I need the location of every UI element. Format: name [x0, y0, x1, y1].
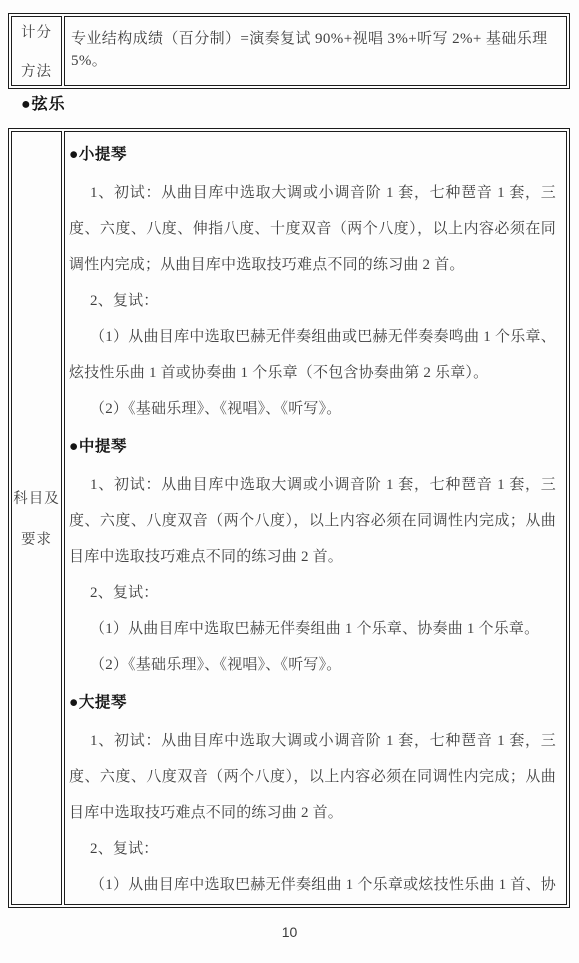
scoring-method-content-cell: 专业结构成绩（百分制）=演奏复试 90%+视唱 3%+听写 2%+ 基础乐理 5…: [64, 16, 567, 86]
requirements-header-line2: 要求: [21, 528, 52, 549]
requirements-content-cell: ●小提琴1、初试：从曲目库中选取大调或小调音阶 1 套，七种琶音 1 套，三度、…: [64, 131, 567, 905]
requirement-paragraph: 1、初试：从曲目库中选取大调或小调音阶 1 套，七种琶音 1 套，三度、六度、八…: [69, 467, 556, 575]
document-page: 计分 方法 专业结构成绩（百分制）=演奏复试 90%+视唱 3%+听写 2%+ …: [0, 0, 579, 963]
requirement-paragraph: （2）《基础乐理》、《视唱》、《听写》。: [69, 647, 556, 683]
scoring-formula-text: 专业结构成绩（百分制）=演奏复试 90%+视唱 3%+听写 2%+ 基础乐理 5…: [71, 31, 548, 69]
scoring-method-header-line1: 计分: [21, 21, 52, 42]
scoring-method-header-line2: 方法: [21, 60, 52, 81]
instrument-section: ●大提琴1、初试：从曲目库中选取大调或小调音阶 1 套，七种琶音 1 套，三度、…: [69, 683, 556, 905]
requirement-paragraph: 2、复试：: [69, 283, 556, 319]
requirement-paragraph: （1）从曲目库中选取巴赫无伴奏组曲 1 个乐章、协奏曲 1 个乐章。: [69, 611, 556, 647]
instrument-title: ●大提琴: [69, 683, 556, 723]
instrument-section: ●中提琴1、初试：从曲目库中选取大调或小调音阶 1 套，七种琶音 1 套，三度、…: [69, 427, 556, 683]
instrument-section: ●小提琴1、初试：从曲目库中选取大调或小调音阶 1 套，七种琶音 1 套，三度、…: [69, 135, 556, 427]
requirement-paragraph: 2、复试：: [69, 575, 556, 611]
requirement-paragraph: （2）《基础乐理》、《视唱》、《听写》。: [69, 391, 556, 427]
requirements-header-cell: 科目及 要求: [11, 131, 62, 905]
requirement-paragraph: 2、复试：: [69, 831, 556, 867]
scoring-method-header-cell: 计分 方法: [11, 16, 62, 86]
requirement-paragraph: 1、初试：从曲目库中选取大调或小调音阶 1 套，七种琶音 1 套，三度、六度、八…: [69, 723, 556, 831]
section-heading-strings: ●弦乐: [21, 91, 66, 114]
requirements-header-line1: 科目及: [13, 487, 60, 508]
requirement-paragraph: （1）从曲目库中选取巴赫无伴奏组曲或巴赫无伴奏奏鸣曲 1 个乐章、炫技性乐曲 1…: [69, 319, 556, 391]
scoring-method-table: 计分 方法 专业结构成绩（百分制）=演奏复试 90%+视唱 3%+听写 2%+ …: [8, 13, 570, 89]
page-number: 10: [0, 924, 579, 940]
requirements-table: 科目及 要求 ●小提琴1、初试：从曲目库中选取大调或小调音阶 1 套，七种琶音 …: [8, 128, 570, 908]
instrument-title: ●小提琴: [69, 135, 556, 175]
requirement-paragraph: （1）从曲目库中选取巴赫无伴奏组曲 1 个乐章或炫技性乐曲 1 首、协奏曲: [69, 867, 556, 905]
requirement-paragraph: 1、初试：从曲目库中选取大调或小调音阶 1 套，七种琶音 1 套，三度、六度、八…: [69, 175, 556, 283]
instrument-title: ●中提琴: [69, 427, 556, 467]
